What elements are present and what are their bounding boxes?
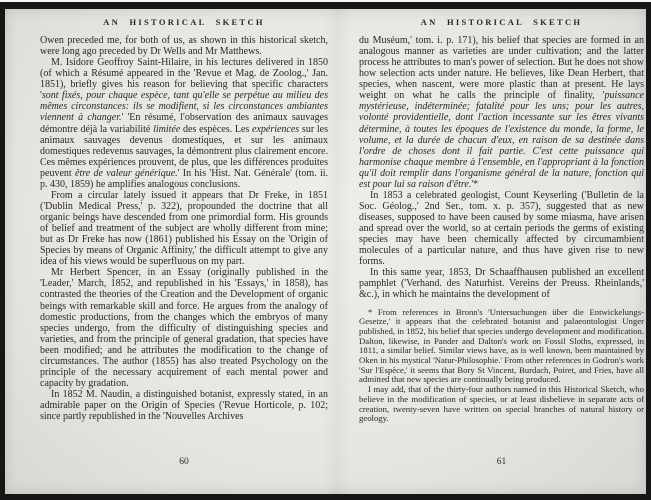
left-page: AN HISTORICAL SKETCH Owen preceded me, f… [40, 17, 328, 494]
paragraph: Owen preceded me, for both of us, as sho… [40, 35, 328, 57]
paragraph: I may add, that of the thirty-four autho… [359, 385, 644, 424]
right-page-body: du Muséum,' tom. i. p. 171), his belief … [359, 35, 644, 301]
book-spread: AN HISTORICAL SKETCH Owen preceded me, f… [5, 9, 646, 494]
paragraph: * From references in Bronn's 'Untersuchu… [359, 308, 644, 386]
running-header-left: AN HISTORICAL SKETCH [40, 17, 328, 27]
paragraph: From a circular lately issued it appears… [40, 190, 328, 267]
left-page-body: Owen preceded me, for both of us, as sho… [40, 35, 328, 422]
paragraph: In this same year, 1853, Dr Schaaffhause… [359, 267, 644, 300]
page-number-right: 61 [359, 457, 644, 467]
book-scan-frame: AN HISTORICAL SKETCH Owen preceded me, f… [0, 0, 651, 500]
footnote-block: * From references in Bronn's 'Untersuchu… [359, 308, 644, 424]
paragraph: du Muséum,' tom. i. p. 171), his belief … [359, 35, 644, 190]
paragraph: In 1853 a celebrated geologist, Count Ke… [359, 190, 644, 267]
paragraph: Mr Herbert Spencer, in an Essay (origina… [40, 267, 328, 389]
running-header-right: AN HISTORICAL SKETCH [359, 17, 644, 27]
right-page: AN HISTORICAL SKETCH du Muséum,' tom. i.… [359, 17, 644, 494]
page-number-left: 60 [40, 457, 328, 467]
paragraph: In 1852 M. Naudin, a distinguished botan… [40, 389, 328, 422]
paragraph: M. Isidore Geoffroy Saint-Hilaire, in hi… [40, 57, 328, 190]
